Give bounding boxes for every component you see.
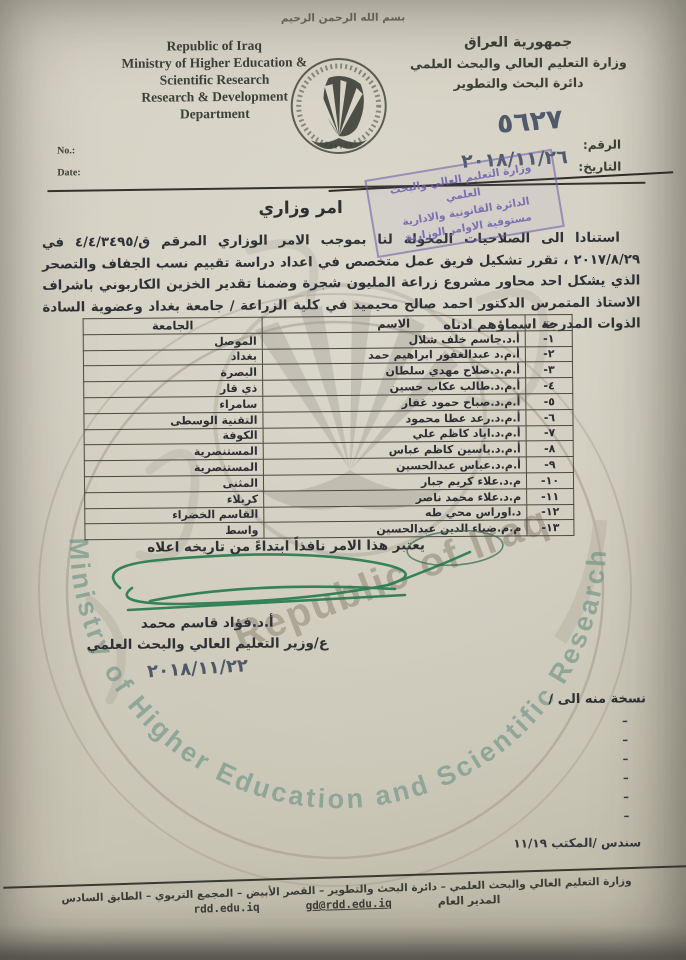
handwritten-document-number: ٥٦٢٧ bbox=[496, 104, 564, 140]
cell-university: القاسم الخضراء bbox=[85, 507, 264, 524]
cell-number: ١٠- bbox=[526, 472, 573, 488]
copies-heading: نسخة منه الى / bbox=[548, 691, 646, 707]
footer-website: rdd.edu.iq bbox=[193, 901, 260, 916]
header-ar-country: جمهورية العراق bbox=[388, 31, 648, 54]
cell-university: واسط bbox=[85, 523, 264, 540]
cell-university: المستنصرية bbox=[84, 459, 263, 476]
cell-university: المستنصرية bbox=[84, 444, 263, 461]
header-ar-ministry: وزارة التعليم العالي والبحث العلمي bbox=[388, 52, 648, 74]
cell-university: البصرة bbox=[83, 365, 262, 382]
signature-date-handwritten: ٢٠١٨/١١/٢٢ bbox=[97, 652, 298, 685]
document-sheet: بسم الله الرحمن الرحيم Republic of Iraq … bbox=[0, 0, 686, 960]
letterhead-footer: وزارة التعليم العالي والبحث العلمي – دائ… bbox=[3, 865, 686, 922]
cell-university: كربلاء bbox=[85, 491, 264, 508]
col-header-university: الجامعة bbox=[83, 317, 262, 334]
footer-email: gd@rdd.edu.iq bbox=[305, 897, 391, 913]
signer-name: أ.د.فؤاد قاسم محمد bbox=[87, 614, 327, 632]
cell-number: ٩- bbox=[526, 457, 573, 473]
cell-university: بغداد bbox=[83, 349, 262, 366]
date-label: Date: bbox=[57, 167, 80, 178]
cell-university: الموصل bbox=[83, 333, 262, 350]
cell-number: ١٢- bbox=[527, 504, 574, 520]
cell-number: ٢- bbox=[525, 346, 572, 362]
table-body: ١- أ.د.جاسم خلف شلال الموصل ٢- أ.م.د عبد… bbox=[83, 330, 574, 540]
header-arabic: جمهورية العراق وزارة التعليم العالي والب… bbox=[388, 31, 649, 94]
cell-number: ٦- bbox=[526, 409, 573, 425]
footer-manager-label: المدير العام bbox=[438, 893, 501, 908]
office-typist-note: سندس /المكتب ١١/١٩ bbox=[513, 835, 641, 850]
cell-number: ٣- bbox=[525, 362, 572, 378]
header-ar-department: دائرة البحث والتطوير bbox=[388, 72, 648, 94]
cell-number: ٧- bbox=[526, 425, 573, 441]
bismillah-calligraphy: بسم الله الرحمن الرحيم bbox=[278, 11, 408, 24]
col-header-number: ت bbox=[525, 314, 572, 330]
cell-university: المثنى bbox=[84, 475, 263, 492]
cell-university: التقنية الوسطى bbox=[84, 412, 263, 429]
no-label: No.: bbox=[57, 145, 75, 156]
scanned-document-photo: Ministry of Higher Education and Scienti… bbox=[0, 0, 686, 960]
cell-university: سامراء bbox=[84, 396, 263, 413]
ministry-emblem-icon bbox=[284, 44, 393, 165]
cell-university: الكوفة bbox=[84, 428, 263, 445]
cell-number: ٨- bbox=[526, 441, 573, 457]
cell-number: ١٣- bbox=[527, 520, 574, 536]
cell-name: م.م.ضياء الدين عبدالحسين bbox=[264, 520, 527, 538]
raqam-label: الرقم: bbox=[583, 138, 621, 152]
team-members-table: ت الاسم الجامعة ١- أ.د.جاسم خلف شلال الم… bbox=[83, 314, 575, 540]
tarikh-label: التاريخ: bbox=[578, 160, 621, 174]
copies-list bbox=[68, 712, 630, 835]
cell-number: ٤- bbox=[526, 378, 573, 394]
cell-number: ٥- bbox=[526, 393, 573, 409]
cell-university: ذي قار bbox=[84, 380, 263, 397]
cell-number: ١١- bbox=[527, 488, 574, 504]
signer-title: ع/وزير التعليم العالي والبحث العلمي bbox=[57, 635, 357, 654]
desk-edge bbox=[0, 926, 686, 960]
cell-number: ١- bbox=[525, 330, 572, 346]
